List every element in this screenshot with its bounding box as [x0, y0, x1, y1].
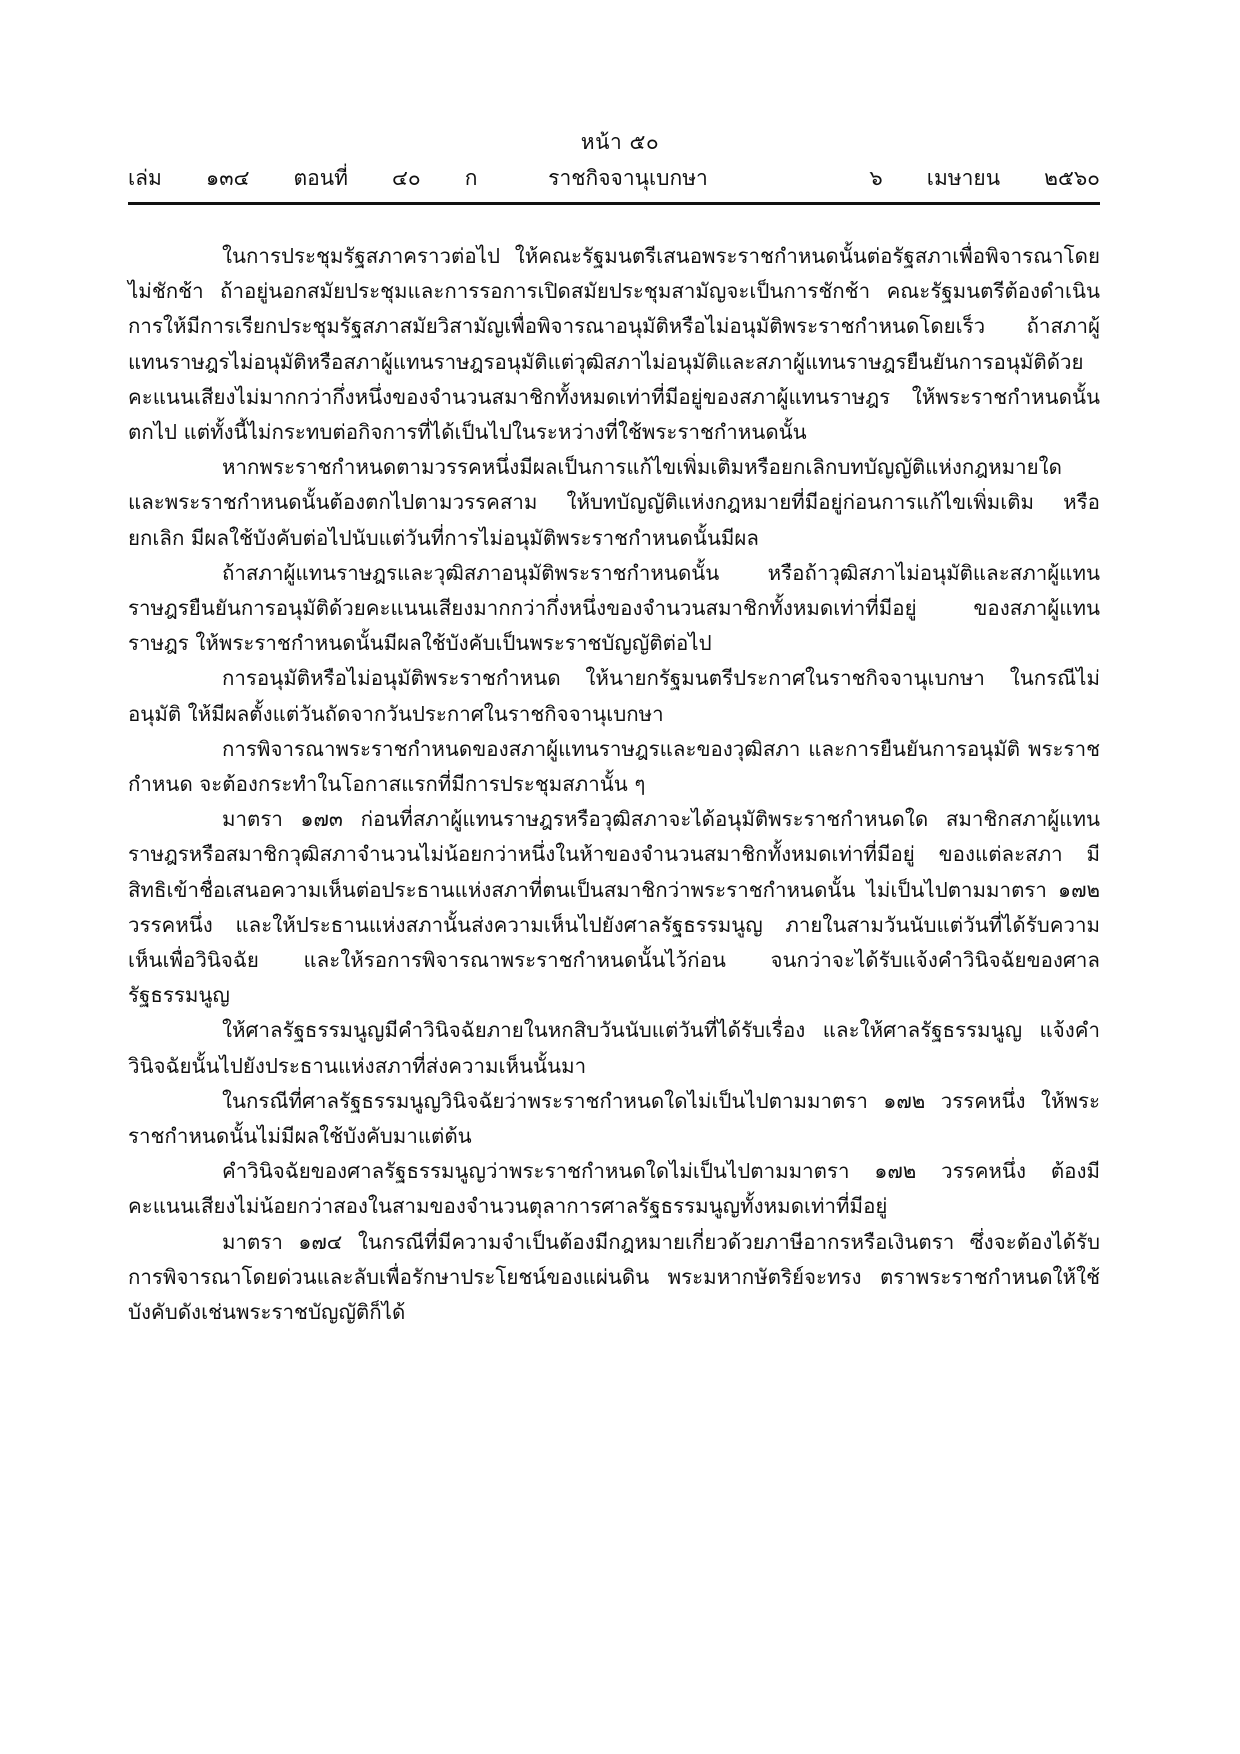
publication-date: ๖ เมษายน ๒๕๖๐ [869, 163, 1100, 193]
paragraph: การอนุมัติหรือไม่อนุมัติพระราชกำหนด ให้น… [128, 661, 1100, 731]
paragraph: ถ้าสภาผู้แทนราษฎรและวุฒิสภาอนุมัติพระราช… [128, 556, 1100, 662]
page-number: หน้า ๕๐ [0, 128, 1240, 156]
paragraph: การพิจารณาพระราชกำหนดของสภาผู้แทนราษฎรแล… [128, 732, 1100, 802]
gazette-header: เล่ม ๑๓๔ ตอนที่ ๔๐ ก ราชกิจจานุเบกษา ๖ เ… [128, 163, 1100, 193]
document-body: ในการประชุมรัฐสภาคราวต่อไป ให้คณะรัฐมนตร… [128, 239, 1100, 1330]
section-173: มาตรา ๑๗๓ ก่อนที่สภาผู้แทนราษฎรหรือวุฒิส… [128, 802, 1100, 1013]
paragraph: หากพระราชกำหนดตามวรรคหนึ่งมีผลเป็นการแก้… [128, 450, 1100, 556]
section-174: มาตรา ๑๗๔ ในกรณีที่มีความจำเป็นต้องมีกฎห… [128, 1225, 1100, 1331]
paragraph: ในการประชุมรัฐสภาคราวต่อไป ให้คณะรัฐมนตร… [128, 239, 1100, 450]
paragraph: ให้ศาลรัฐธรรมนูญมีคำวินิจฉัยภายในหกสิบวั… [128, 1013, 1100, 1083]
paragraph: ในกรณีที่ศาลรัฐธรรมนูญวินิจฉัยว่าพระราชก… [128, 1084, 1100, 1154]
header-divider [128, 202, 1100, 205]
paragraph: คำวินิจฉัยของศาลรัฐธรรมนูญว่าพระราชกำหนด… [128, 1154, 1100, 1224]
